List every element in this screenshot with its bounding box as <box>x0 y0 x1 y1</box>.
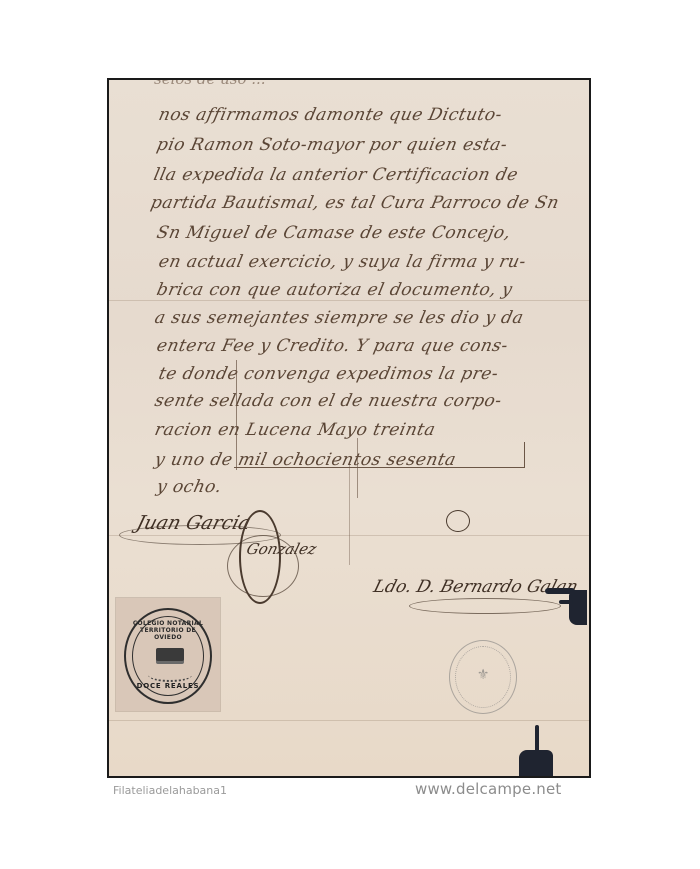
seal-value-text: DOCE REALES <box>126 682 210 690</box>
handwritten-line: te donde convenga expedimos la pre- <box>157 364 500 384</box>
handwritten-line: nos affirmamos damonte que Dictuto- <box>157 105 504 125</box>
signature-underline-flourish <box>409 598 561 614</box>
guide-line <box>349 465 350 565</box>
paper-fold <box>109 720 589 721</box>
handwritten-line: sente sellada con el de nuestra corpo- <box>153 391 504 411</box>
seller-watermark: Filateliadelahabana1 <box>113 784 227 797</box>
book-icon <box>156 648 184 661</box>
ink-blot <box>519 750 553 778</box>
handwritten-line: y ocho. <box>155 477 224 497</box>
handwritten-line: entera Fee y Credito. Y para que cons- <box>155 336 510 356</box>
closing-rule-tick <box>524 442 525 468</box>
site-watermark[interactable]: www.delcampe.net <box>415 780 562 798</box>
handwritten-line: Sn Miguel de Camase de este Concejo, <box>155 223 513 243</box>
handwritten-line: en actual exercicio, y suya la firma y r… <box>157 252 528 272</box>
revenue-stamp: COLEGIO NOTARIAL TERRITORIO DE OVIEDO DO… <box>116 598 220 711</box>
notarial-seal: COLEGIO NOTARIAL TERRITORIO DE OVIEDO DO… <box>124 608 212 704</box>
ink-blot <box>569 590 587 625</box>
handwritten-line: partida Bautismal, es tal Cura Parroco d… <box>149 193 561 213</box>
handwritten-line: a sus semejantes siempre se les dio y da <box>153 308 526 328</box>
guide-line <box>236 360 237 470</box>
rubric-loop <box>446 510 470 532</box>
signature-bernardo-galan: Ldo. D. Bernardo Galan <box>371 577 580 597</box>
top-fragment-text: selos de uso ... <box>154 78 266 88</box>
paper-fold <box>109 300 589 301</box>
seal-top-text: COLEGIO NOTARIAL TERRITORIO DE OVIEDO <box>126 620 210 641</box>
handwritten-line: lla expedida la anterior Certificacion d… <box>152 165 520 185</box>
closing-rule <box>234 467 524 468</box>
wreath-icon <box>148 668 192 682</box>
coat-of-arms-icon: ⚜ <box>450 667 516 683</box>
guide-line <box>357 438 358 498</box>
handwritten-line: brica con que autoriza el documento, y <box>155 280 514 300</box>
handwritten-line: pio Ramon Soto-mayor por quien esta- <box>155 135 509 155</box>
faint-seal: ⚜ <box>449 640 517 714</box>
handwritten-line: racion en Lucena Mayo treinta <box>153 420 437 440</box>
signature-flourish <box>227 535 299 597</box>
ink-blot <box>559 600 573 604</box>
